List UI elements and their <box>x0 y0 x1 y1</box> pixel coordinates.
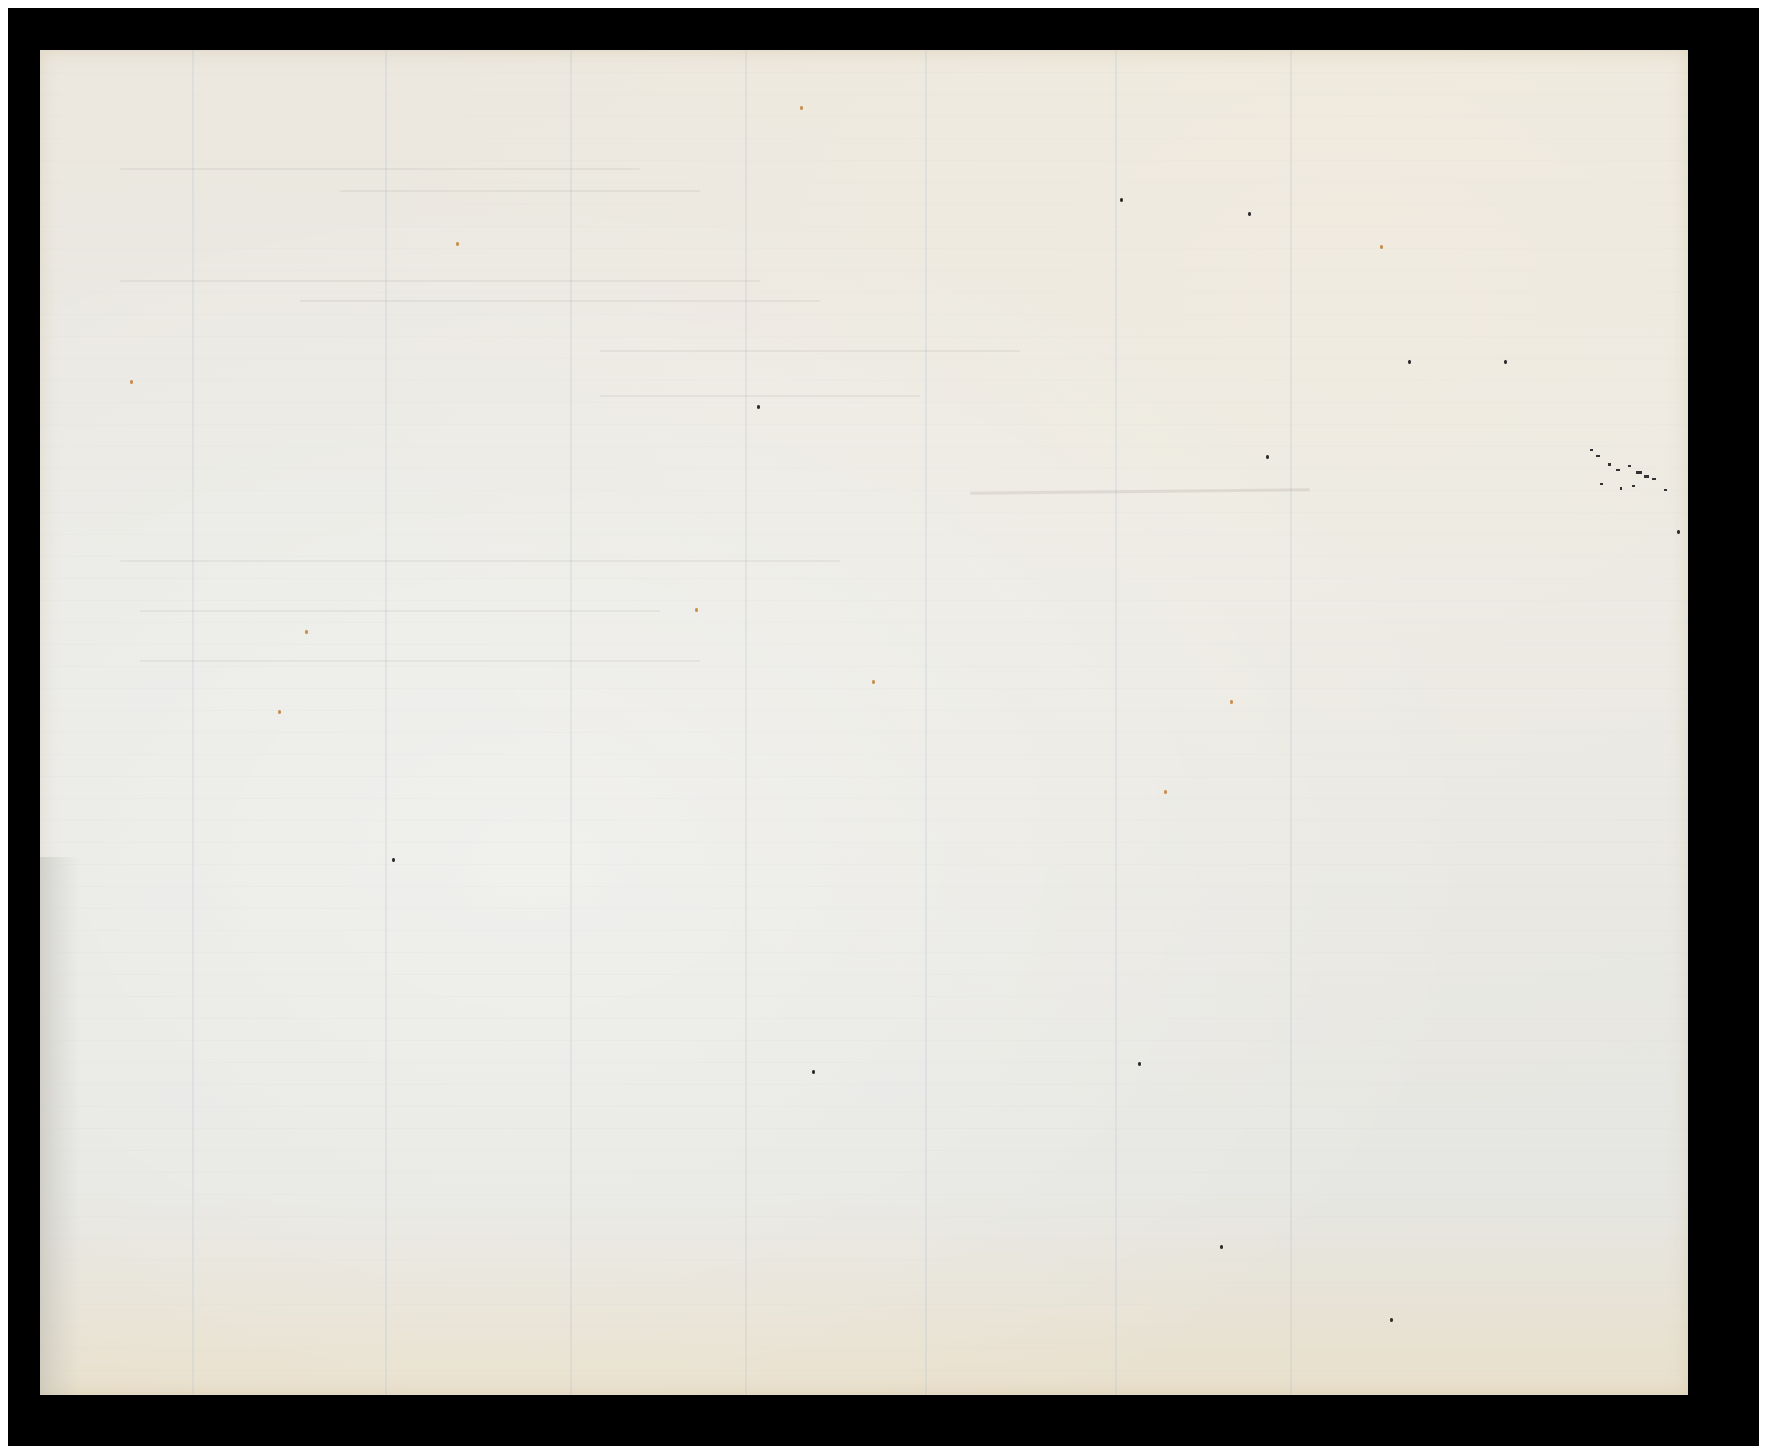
foxing-speck <box>1380 245 1383 249</box>
ink-speck <box>1266 455 1269 459</box>
foxing-speck <box>872 680 875 684</box>
foxing-speck <box>1230 700 1233 704</box>
ink-speck <box>392 858 395 862</box>
show-through-stroke <box>140 660 700 662</box>
ink-speck <box>1120 198 1123 202</box>
foxing-speck <box>1164 790 1167 794</box>
show-through-stroke <box>600 350 1020 352</box>
ink-speck <box>1220 1245 1223 1249</box>
show-through-underline <box>970 488 1310 495</box>
column-rule <box>1290 50 1292 1395</box>
show-through-stroke <box>600 395 920 397</box>
show-through-stroke <box>120 168 640 170</box>
ink-speck <box>1138 1062 1141 1066</box>
show-through-stroke <box>300 300 820 302</box>
foxing-speck <box>800 106 803 110</box>
ink-speck <box>757 405 760 409</box>
show-through-stroke <box>140 610 660 612</box>
foxing-speck <box>278 710 281 714</box>
ink-speck <box>1390 1318 1393 1322</box>
column-rule <box>192 50 194 1395</box>
scan-background <box>8 8 1759 1446</box>
foxing-speck <box>305 630 308 634</box>
ink-speck <box>1504 360 1507 364</box>
show-through-stroke <box>340 190 700 192</box>
show-through-stroke <box>120 280 760 282</box>
paper-edge-shadow <box>40 857 80 1395</box>
column-rule <box>1115 50 1117 1395</box>
show-through-stroke <box>120 560 840 562</box>
ink-speck <box>1248 212 1251 216</box>
column-rule <box>925 50 927 1395</box>
column-rule <box>385 50 387 1395</box>
ink-speck <box>1677 530 1680 534</box>
column-rule <box>745 50 747 1395</box>
ink-speck <box>812 1070 815 1074</box>
ink-speck <box>1408 360 1411 364</box>
foxing-speck <box>695 608 698 612</box>
ink-smudge-icon <box>1580 445 1675 500</box>
blank-paper-sheet <box>40 50 1688 1395</box>
foxing-speck <box>456 242 459 246</box>
foxing-speck <box>130 380 133 384</box>
column-rule <box>570 50 572 1395</box>
